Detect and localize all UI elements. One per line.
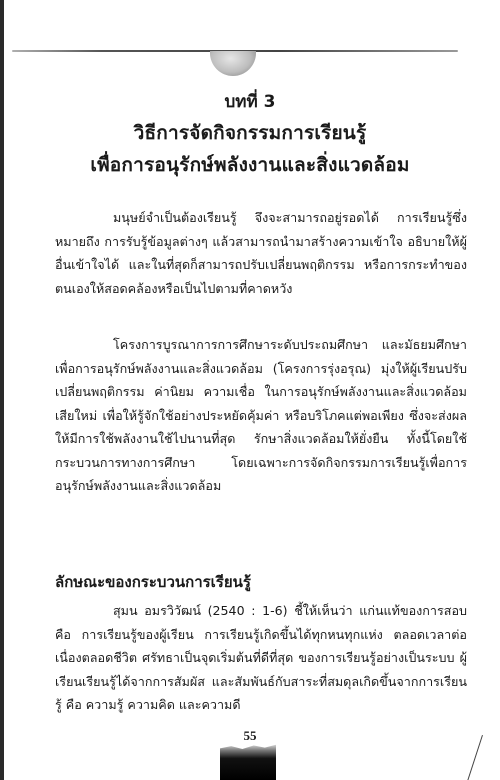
chapter-number: บทที่ 3 [0,88,500,115]
paragraph-project: โครงการบูรณาการการศึกษาระดับประถมศึกษา แ… [55,333,467,498]
header-ornament-icon [210,51,256,76]
chapter-title-line2: เพื่อการอนุรักษ์พลังงานและสิ่งแวดล้อม [0,150,500,180]
page-curl-line [467,735,483,780]
section-heading: ลักษณะของกระบวนการเรียนรู้ [55,570,251,594]
footer-ornament-icon [220,744,276,780]
page-number: 55 [230,728,270,744]
paragraph-intro: มนุษย์จำเป็นต้องเรียนรู้ จึงจะสามารถอยู่… [55,206,467,300]
scan-left-edge [0,0,4,780]
paragraph-project-text: โครงการบูรณาการการศึกษาระดับประถมศึกษา แ… [55,337,467,493]
chapter-title-line1: วิธีการจัดกิจกรรมการเรียนรู้ [0,118,500,148]
paragraph-intro-text: มนุษย์จำเป็นต้องเรียนรู้ จึงจะสามารถอยู่… [55,210,467,296]
paragraph-learning-process: สุมน อมรวิวัฒน์ (2540 : 1-6) ชี้ให้เห็นว… [55,599,467,717]
paragraph-learning-process-text: สุมน อมรวิวัฒน์ (2540 : 1-6) ชี้ให้เห็นว… [55,603,467,712]
